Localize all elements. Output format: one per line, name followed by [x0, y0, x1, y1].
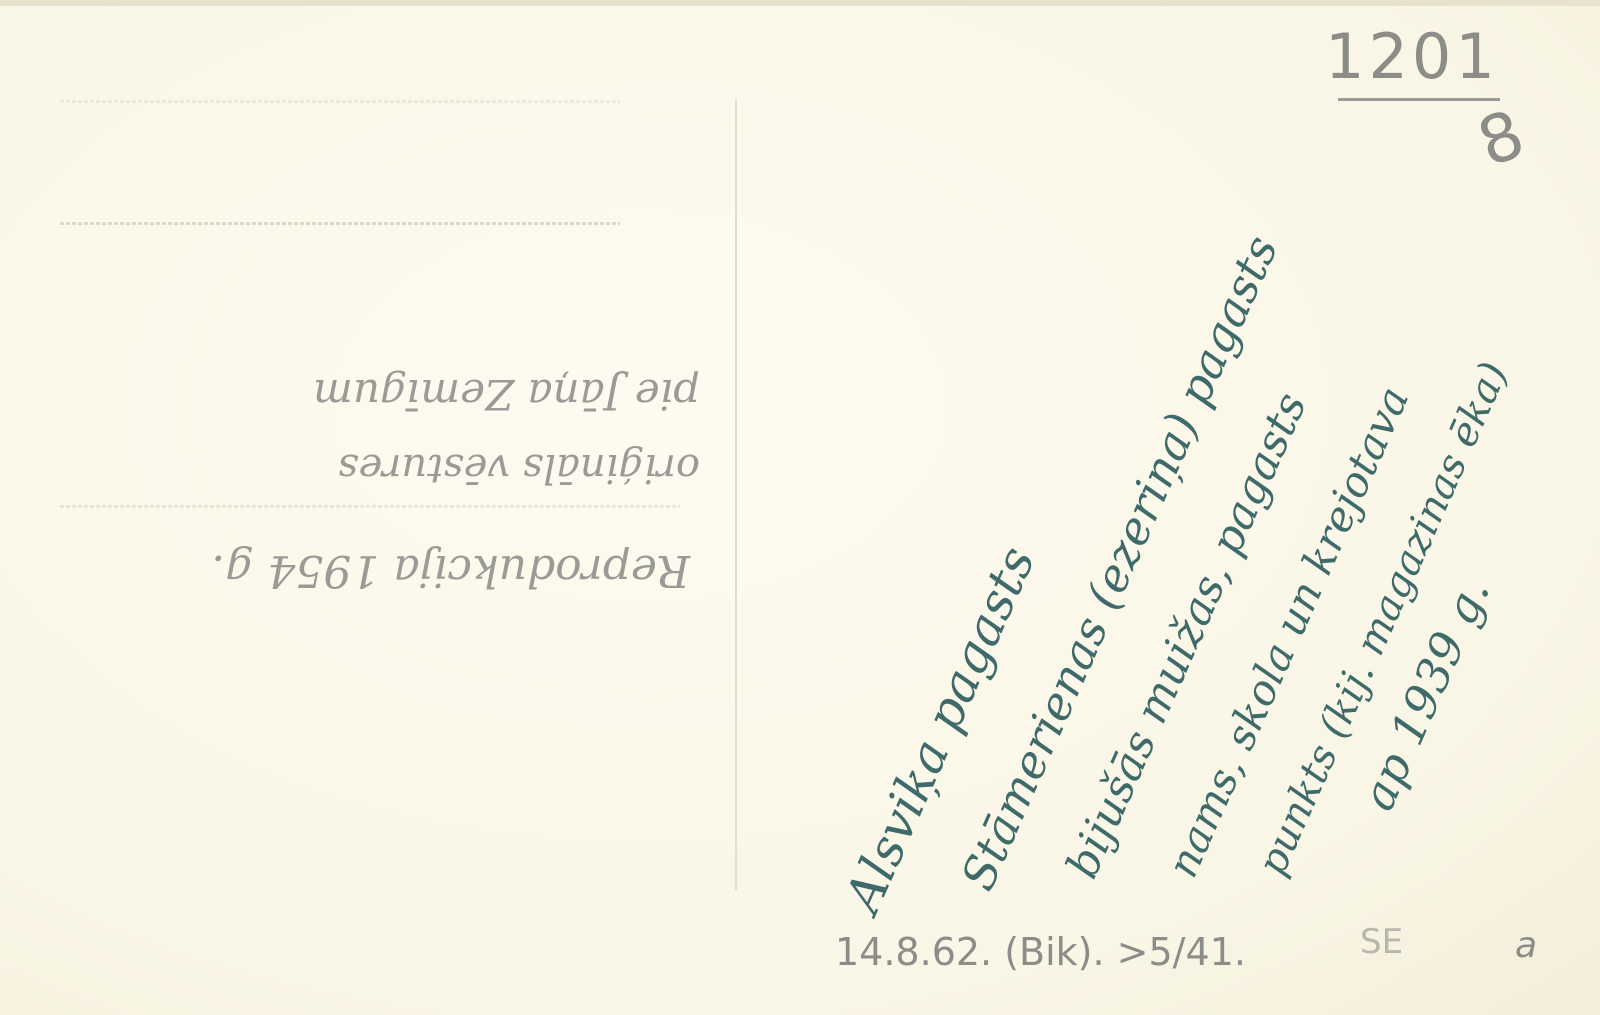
address-line: [60, 505, 680, 508]
address-line: [60, 222, 620, 225]
scan-edge: [0, 0, 1600, 6]
pencil-note-line-1: Reprodukcija 1954 g.: [211, 545, 690, 596]
pencil-note-line-3: pie Jāņa Zemīgum: [313, 370, 700, 419]
archive-letter: a: [1515, 925, 1537, 966]
postcard-back: Reprodukcija 1954 g. oriģināls vēstures …: [0, 0, 1600, 1015]
address-line: [60, 100, 620, 103]
archive-initials: SE: [1360, 922, 1403, 962]
bottom-archive-note: 14.8.62. (Bik). >5/41.: [835, 930, 1246, 974]
catalog-number: 1201: [1325, 20, 1499, 93]
sub-number: 8: [1468, 95, 1534, 182]
catalog-underline: [1338, 98, 1500, 101]
center-divider-line: [735, 100, 737, 890]
pencil-note-line-2: oriģināls vēstures: [338, 445, 700, 491]
